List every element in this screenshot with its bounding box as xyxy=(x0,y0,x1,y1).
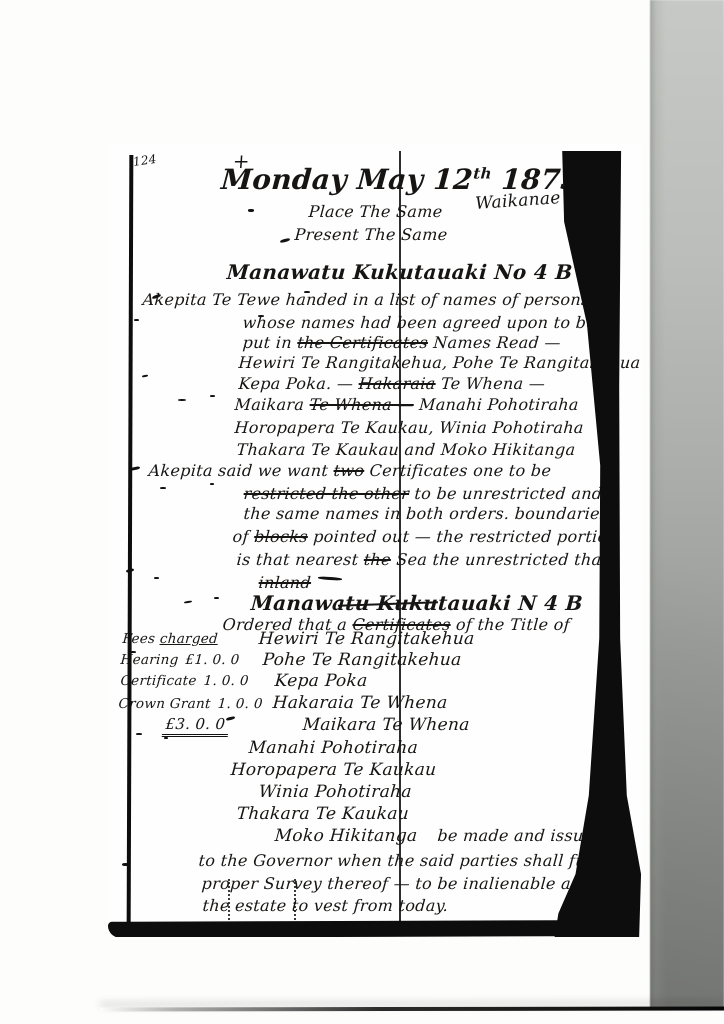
ink-speck xyxy=(134,319,139,321)
book-gutter-shadow xyxy=(650,0,724,1010)
manuscript-line: Hewiri Te Rangitakehua, Pohe Te Rangitak… xyxy=(238,353,641,372)
ink-speck xyxy=(178,399,186,401)
grantee-name: Moko Hikitangabe made and issued xyxy=(274,826,605,846)
manuscript-line: Akepita Te Tewe handed in a list of name… xyxy=(142,290,590,309)
fee-item: Crown Grant1. 0. 0 xyxy=(118,696,263,712)
ink-speck xyxy=(280,238,290,243)
ink-speck xyxy=(142,374,148,377)
manuscript-line: whose names had been agreed upon to be xyxy=(242,313,597,332)
fees-label: Fees charged xyxy=(122,631,219,647)
ink-speck xyxy=(184,600,192,603)
ink-speck xyxy=(136,733,142,735)
grantee-name: Maikara Te Whena xyxy=(302,715,470,735)
manuscript-line: is that nearest the Sea the unrestricted… xyxy=(236,550,609,569)
closing-line: to the Governor when the said parties sh… xyxy=(198,851,630,870)
ink-speck xyxy=(226,716,235,721)
ink-speck xyxy=(210,395,215,397)
ink-speck xyxy=(210,483,214,485)
ink-speck xyxy=(154,577,159,579)
closing-line: proper Survey thereof — to be inalienabl… xyxy=(201,874,593,893)
page-bottom-edge xyxy=(100,1006,724,1011)
date-main: Monday May 12 xyxy=(220,163,474,196)
ink-scribble xyxy=(318,576,342,581)
grantee-name: Winia Pohotiraha xyxy=(258,782,413,802)
scan-border-bottom xyxy=(108,920,560,937)
grantee-name: Manahi Pohotiraha xyxy=(248,738,419,758)
ink-speck xyxy=(304,291,310,293)
grantee-name: Thakara Te Kaukau xyxy=(236,804,410,824)
date-ordinal: th xyxy=(473,165,493,183)
ink-speck xyxy=(164,737,168,739)
closing-line: the estate to vest from today. xyxy=(202,896,449,915)
grantee-name: Pohe Te Rangitakehua xyxy=(262,650,462,670)
manuscript-line: inland xyxy=(258,573,312,592)
manuscript-line: Kepa Poka. — Hakaraia Te Whena — xyxy=(238,374,546,393)
fees-total: £3. 0. 0 xyxy=(162,715,229,733)
fee-item: Certificate1. 0. 0 xyxy=(120,673,249,689)
present-line: Present The Same xyxy=(294,225,448,244)
manuscript-line: Thakara Te Kaukau and Moko Hikitanga xyxy=(236,440,576,459)
ink-speck xyxy=(160,487,166,489)
ink-speck xyxy=(248,209,254,212)
place-line: Place The Same xyxy=(308,202,443,221)
scan-border-left xyxy=(127,155,134,923)
grantee-name: Hewiri Te Rangitakehua xyxy=(258,629,475,649)
manuscript-scan: 124 + Monday May 12th 1873. Place The Sa… xyxy=(108,143,642,937)
ink-speck xyxy=(258,315,264,317)
manuscript-line: put in the Certificates Names Read — xyxy=(242,333,562,352)
manuscript-line: the same names in both orders. boundarie… xyxy=(243,504,609,523)
manuscript-line: of blocks pointed out — the restricted p… xyxy=(232,527,619,546)
fee-item: Hearing£1. 0. 0 xyxy=(120,652,240,668)
manuscript-line: restricted the other to be unrestricted … xyxy=(243,484,603,503)
manuscript-line: Horopapera Te Kaukau, Winia Pohotiraha xyxy=(234,418,584,437)
ink-speck xyxy=(214,597,219,599)
grantee-name: Hakaraia Te Whena xyxy=(272,693,448,713)
grantee-name: Kepa Poka xyxy=(274,671,368,691)
order-continuation: be made and issued xyxy=(437,826,605,845)
scanned-minute-book-page: 124 + Monday May 12th 1873. Place The Sa… xyxy=(0,0,724,1024)
grantee-name: Horopapera Te Kaukau xyxy=(230,760,437,780)
case-heading: Manawatu Kukutauaki No 4 B xyxy=(226,260,573,284)
folio-number: 124 xyxy=(132,152,158,169)
manuscript-line: Akepita said we want two Certificates on… xyxy=(148,461,552,480)
manuscript-line: Maikara Te Whena — Manahi Pohotiraha xyxy=(234,395,579,414)
